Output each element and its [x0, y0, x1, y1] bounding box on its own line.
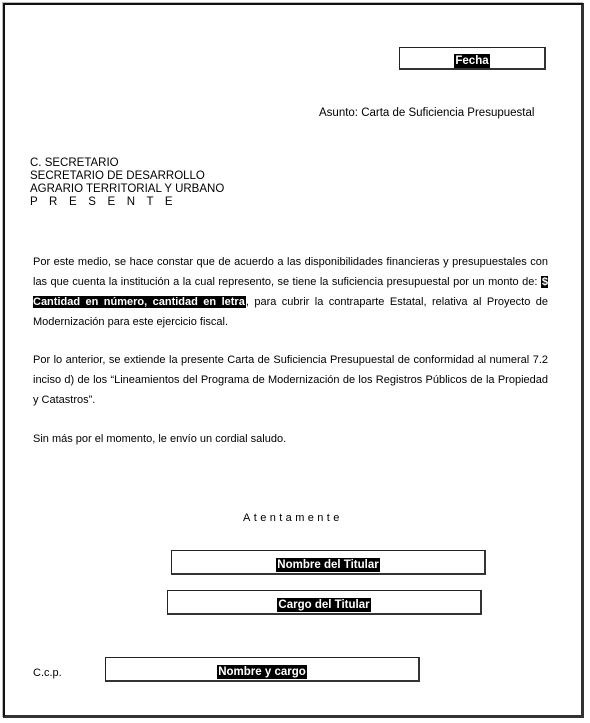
signer-position-box[interactable]: Cargo del Titular — [167, 590, 482, 615]
paragraph-3: Sin más por el momento, le envío un cord… — [33, 429, 548, 449]
closing-atentamente: Atentamente — [243, 512, 343, 524]
ccp-field[interactable]: Nombre y cargo — [217, 665, 307, 679]
paragraph-1: Por este medio, se hace constar que de a… — [33, 252, 548, 332]
recipient-title: C. SECRETARIO — [30, 157, 224, 170]
letter-page: Fecha Asunto: Carta de Suficiencia Presu… — [3, 3, 584, 718]
signer-name-box[interactable]: Nombre del Titular — [171, 550, 486, 575]
date-field-box[interactable]: Fecha — [399, 47, 546, 70]
subject-line: Asunto: Carta de Suficiencia Presupuesta… — [319, 107, 534, 119]
paragraph-3-text: Sin más por el momento, le envío un cord… — [33, 429, 548, 449]
ccp-label: C.c.p. — [33, 667, 62, 679]
date-field[interactable]: Fecha — [454, 54, 489, 68]
recipient-position: SECRETARIO DE DESARROLLO — [30, 170, 224, 183]
ccp-field-box[interactable]: Nombre y cargo — [105, 657, 420, 682]
signer-name-field[interactable]: Nombre del Titular — [276, 558, 379, 572]
paragraph-2-text: Por lo anterior, se extiende la presente… — [33, 350, 548, 410]
recipient-presente: P R E S E N T E — [30, 196, 224, 209]
recipient-department: AGRARIO TERRITORIAL Y URBANO — [30, 183, 224, 196]
recipient-block: C. SECRETARIO SECRETARIO DE DESARROLLO A… — [30, 157, 224, 209]
paragraph-2: Por lo anterior, se extiende la presente… — [33, 350, 548, 410]
signer-position-field[interactable]: Cargo del Titular — [277, 598, 370, 612]
paragraph-1-intro: Por este medio, se hace constar que de a… — [33, 256, 548, 288]
